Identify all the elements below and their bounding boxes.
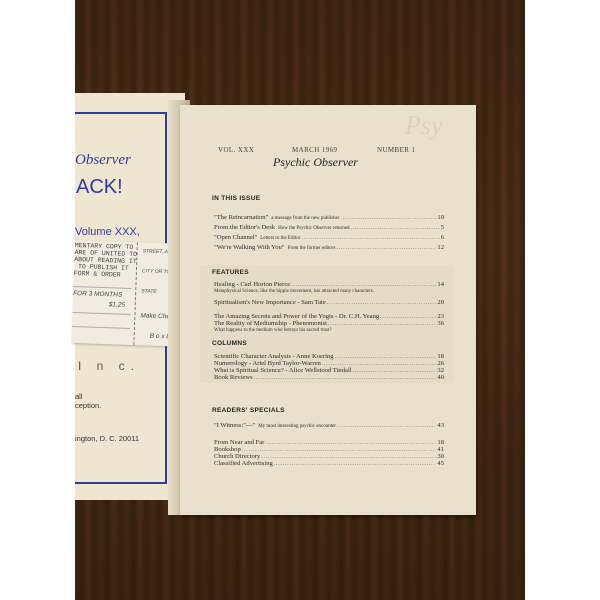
issue-date: MARCH 1969 [292,146,337,154]
left-page-address: ington, D. C. 20011 [75,434,139,443]
left-page-inc: I n c. [78,359,140,373]
toc-entry: Spiritualism's New Importance - Sam Tate… [214,299,444,308]
section-heading-columns: COLUMNS [212,340,247,347]
toc-entry: From the Editor's DeskHow the Psychic Ob… [214,224,444,233]
magazine-title: Psychic Observer [273,155,358,170]
toc-entry-note: Metaphysical Science, like the hippie mo… [214,289,374,294]
coupon-typed-line: FORM & ORDER [74,270,121,279]
volume-label: VOL. XXX [218,146,254,154]
section-heading-features: FEATURES [212,269,249,276]
left-page-volume: Volume XXX, [75,226,140,238]
coupon-price: $1.25 [109,301,126,309]
toc-entry-note: What happens to the medium who betrays h… [214,328,332,333]
toc-entry: "We're Walking With You"From the former … [214,244,444,253]
toc-entry: "I Witness:"---"My most interesting psyc… [214,422,444,431]
section-heading-in-this-issue: IN THIS ISSUE [212,195,260,202]
toc-entry: "Open Channel"Letters to the Editor6 [214,234,444,243]
section-heading-readers-specials: READERS' SPECIALS [212,407,285,414]
show-through-title: Psy [405,111,443,141]
contents-page: Psy VOL. XXX MARCH 1969 NUMBER 1 Psychic… [180,105,476,515]
left-page-line2: ception. [75,401,101,410]
coupon-field-state: STATE [141,288,157,295]
coupon-offer: FOR 3 MONTHS [73,290,122,299]
toc-entry: Book Reviews40 [214,374,444,383]
left-page-headline: ACK! [76,176,123,199]
toc-entry: "The Reincarnation"a message from the ne… [214,214,444,223]
left-page-line1: all [75,392,83,401]
toc-entry: Classified Advertising45 [214,460,444,469]
issue-number: NUMBER 1 [377,146,415,154]
left-page-title: Observer [75,152,131,169]
